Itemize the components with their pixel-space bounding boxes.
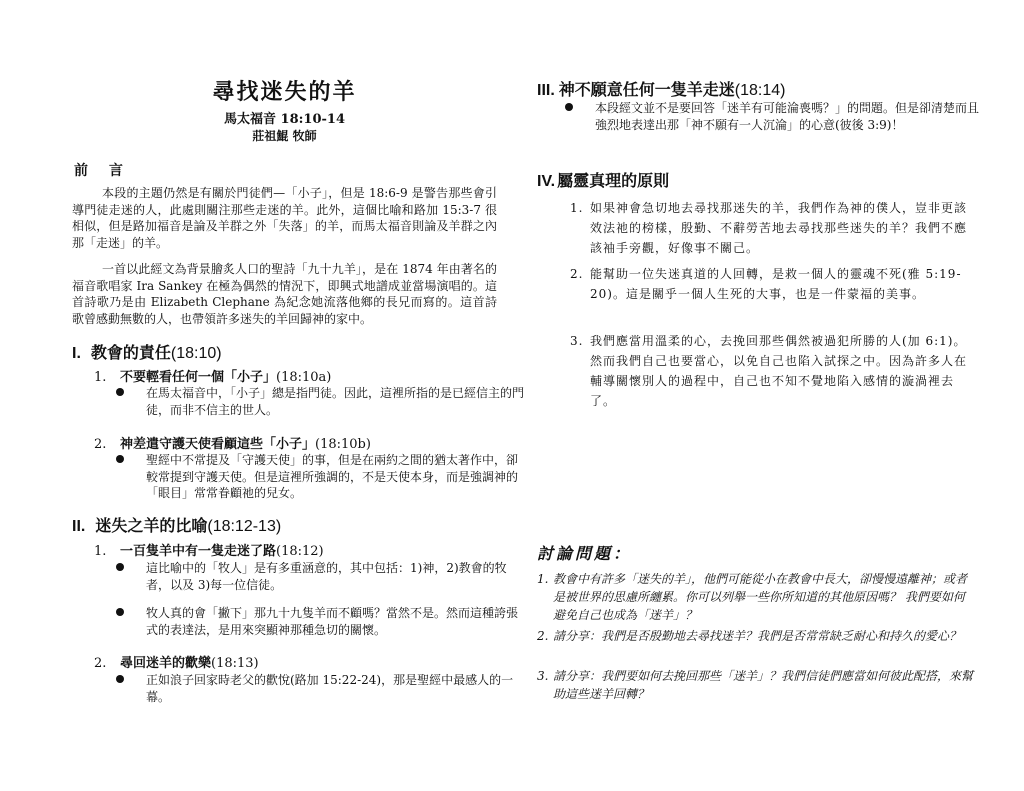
bullet-icon [116,675,124,683]
discussion-question-2: 2.請分享：我們是否殷勤地去尋找迷羊？我們是否常常缺乏耐心和持久的愛心？ [537,627,973,645]
preface-heading: 前 言 [74,160,131,180]
author: 莊祖鯤 牧師 [72,127,497,144]
bullet-icon [116,388,124,396]
scripture-reference: 馬太福音 18:10-14 [72,108,497,127]
section-4-point-3: 3.我們應當用溫柔的心，去挽回那些偶然被過犯所勝的人(加 6:1)。然而我們自己… [570,331,975,411]
section-4-point-1: 1.如果神會急切地去尋找那迷失的羊，我們作為神的僕人，豈非更該效法祂的榜樣，殷勤… [570,198,975,258]
discussion-question-3: 3.請分享：我們要如何去挽回那些「迷羊」？我們信徒們應當如何彼此配搭，來幫助這些… [537,667,973,703]
section-4-point-2: 2.能幫助一位失迷真道的人回轉，是救一個人的靈魂不死(雅 5:19-20)。這是… [570,264,975,304]
page-title: 尋找迷失的羊 [72,75,497,106]
section-1-heading: I.教會的責任(18:10) [72,340,222,363]
bullet-icon [116,563,124,571]
bullet-icon [565,103,573,111]
section-3-heading: III.神不願意任何一隻羊走迷(18:14) [537,77,786,100]
section-1-numeral: I. [72,345,81,362]
discussion-heading: 討論問題： [537,541,632,564]
section-2-heading: II.迷失之羊的比喻(18:12-13) [72,513,281,536]
preface-paragraph-2: 一首以此經文為背景膾炙人口的聖詩「九十九羊」，是在 1874 年由著名的福音歌唱… [72,261,497,327]
bullet-icon [116,455,124,463]
section-2-sub-2-heading: 2.尋回迷羊的歡樂(18:13) [94,652,259,671]
section-3-bullet: 本段經文並不是要回答「迷羊有可能淪喪嗎？」的問題。但是卻清楚而且強烈地表達出那「… [565,100,985,133]
section-2-sub-2-bullet: 正如浪子回家時老父的歡悅(路加 15:22-24)，那是聖經中最感人的一幕。 [116,672,526,705]
section-4-heading: IV.屬靈真理的原則 [537,168,669,191]
section-2-sub-1-bullet-2: 牧人真的會「撇下」那九十九隻羊而不顧嗎？當然不是。然而這種誇張式的表達法，是用來… [116,605,526,638]
section-1-ref: (18:10) [171,345,222,362]
section-1-sub-1-heading: 1.不要輕看任何一個「小子」(18:10a) [94,366,331,385]
section-1-sub-2-heading: 2.神差遣守護天使看顧這些「小子」(18:10b) [94,433,371,452]
section-1-sub-1-bullet: 在馬太福音中，「小子」總是指門徒。因此，這裡所指的是已經信主的門徒，而非不信主的… [116,385,526,418]
bullet-icon [116,608,124,616]
section-2-sub-1-bullet-1: 這比喻中的「牧人」是有多重涵意的，其中包括：1)神，2)教會的牧者，以及 3)每… [116,560,526,593]
section-1-sub-2-bullet: 聖經中不常提及「守護天使」的事，但是在兩約之間的猶太著作中，卻較常提到守護天使。… [116,452,526,502]
discussion-question-1: 1.教會中有許多「迷失的羊」，他們可能從小在教會中長大，卻慢慢遠離神；或者是被世… [537,570,973,624]
preface-paragraph-1: 本段的主題仍然是有關於門徒們—「小子」，但是 18:6-9 是警告那些會引導門徒… [72,185,497,251]
section-1-title: 教會的責任 [91,343,171,362]
section-2-sub-1-heading: 1.一百隻羊中有一隻走迷了路(18:12) [94,540,324,559]
